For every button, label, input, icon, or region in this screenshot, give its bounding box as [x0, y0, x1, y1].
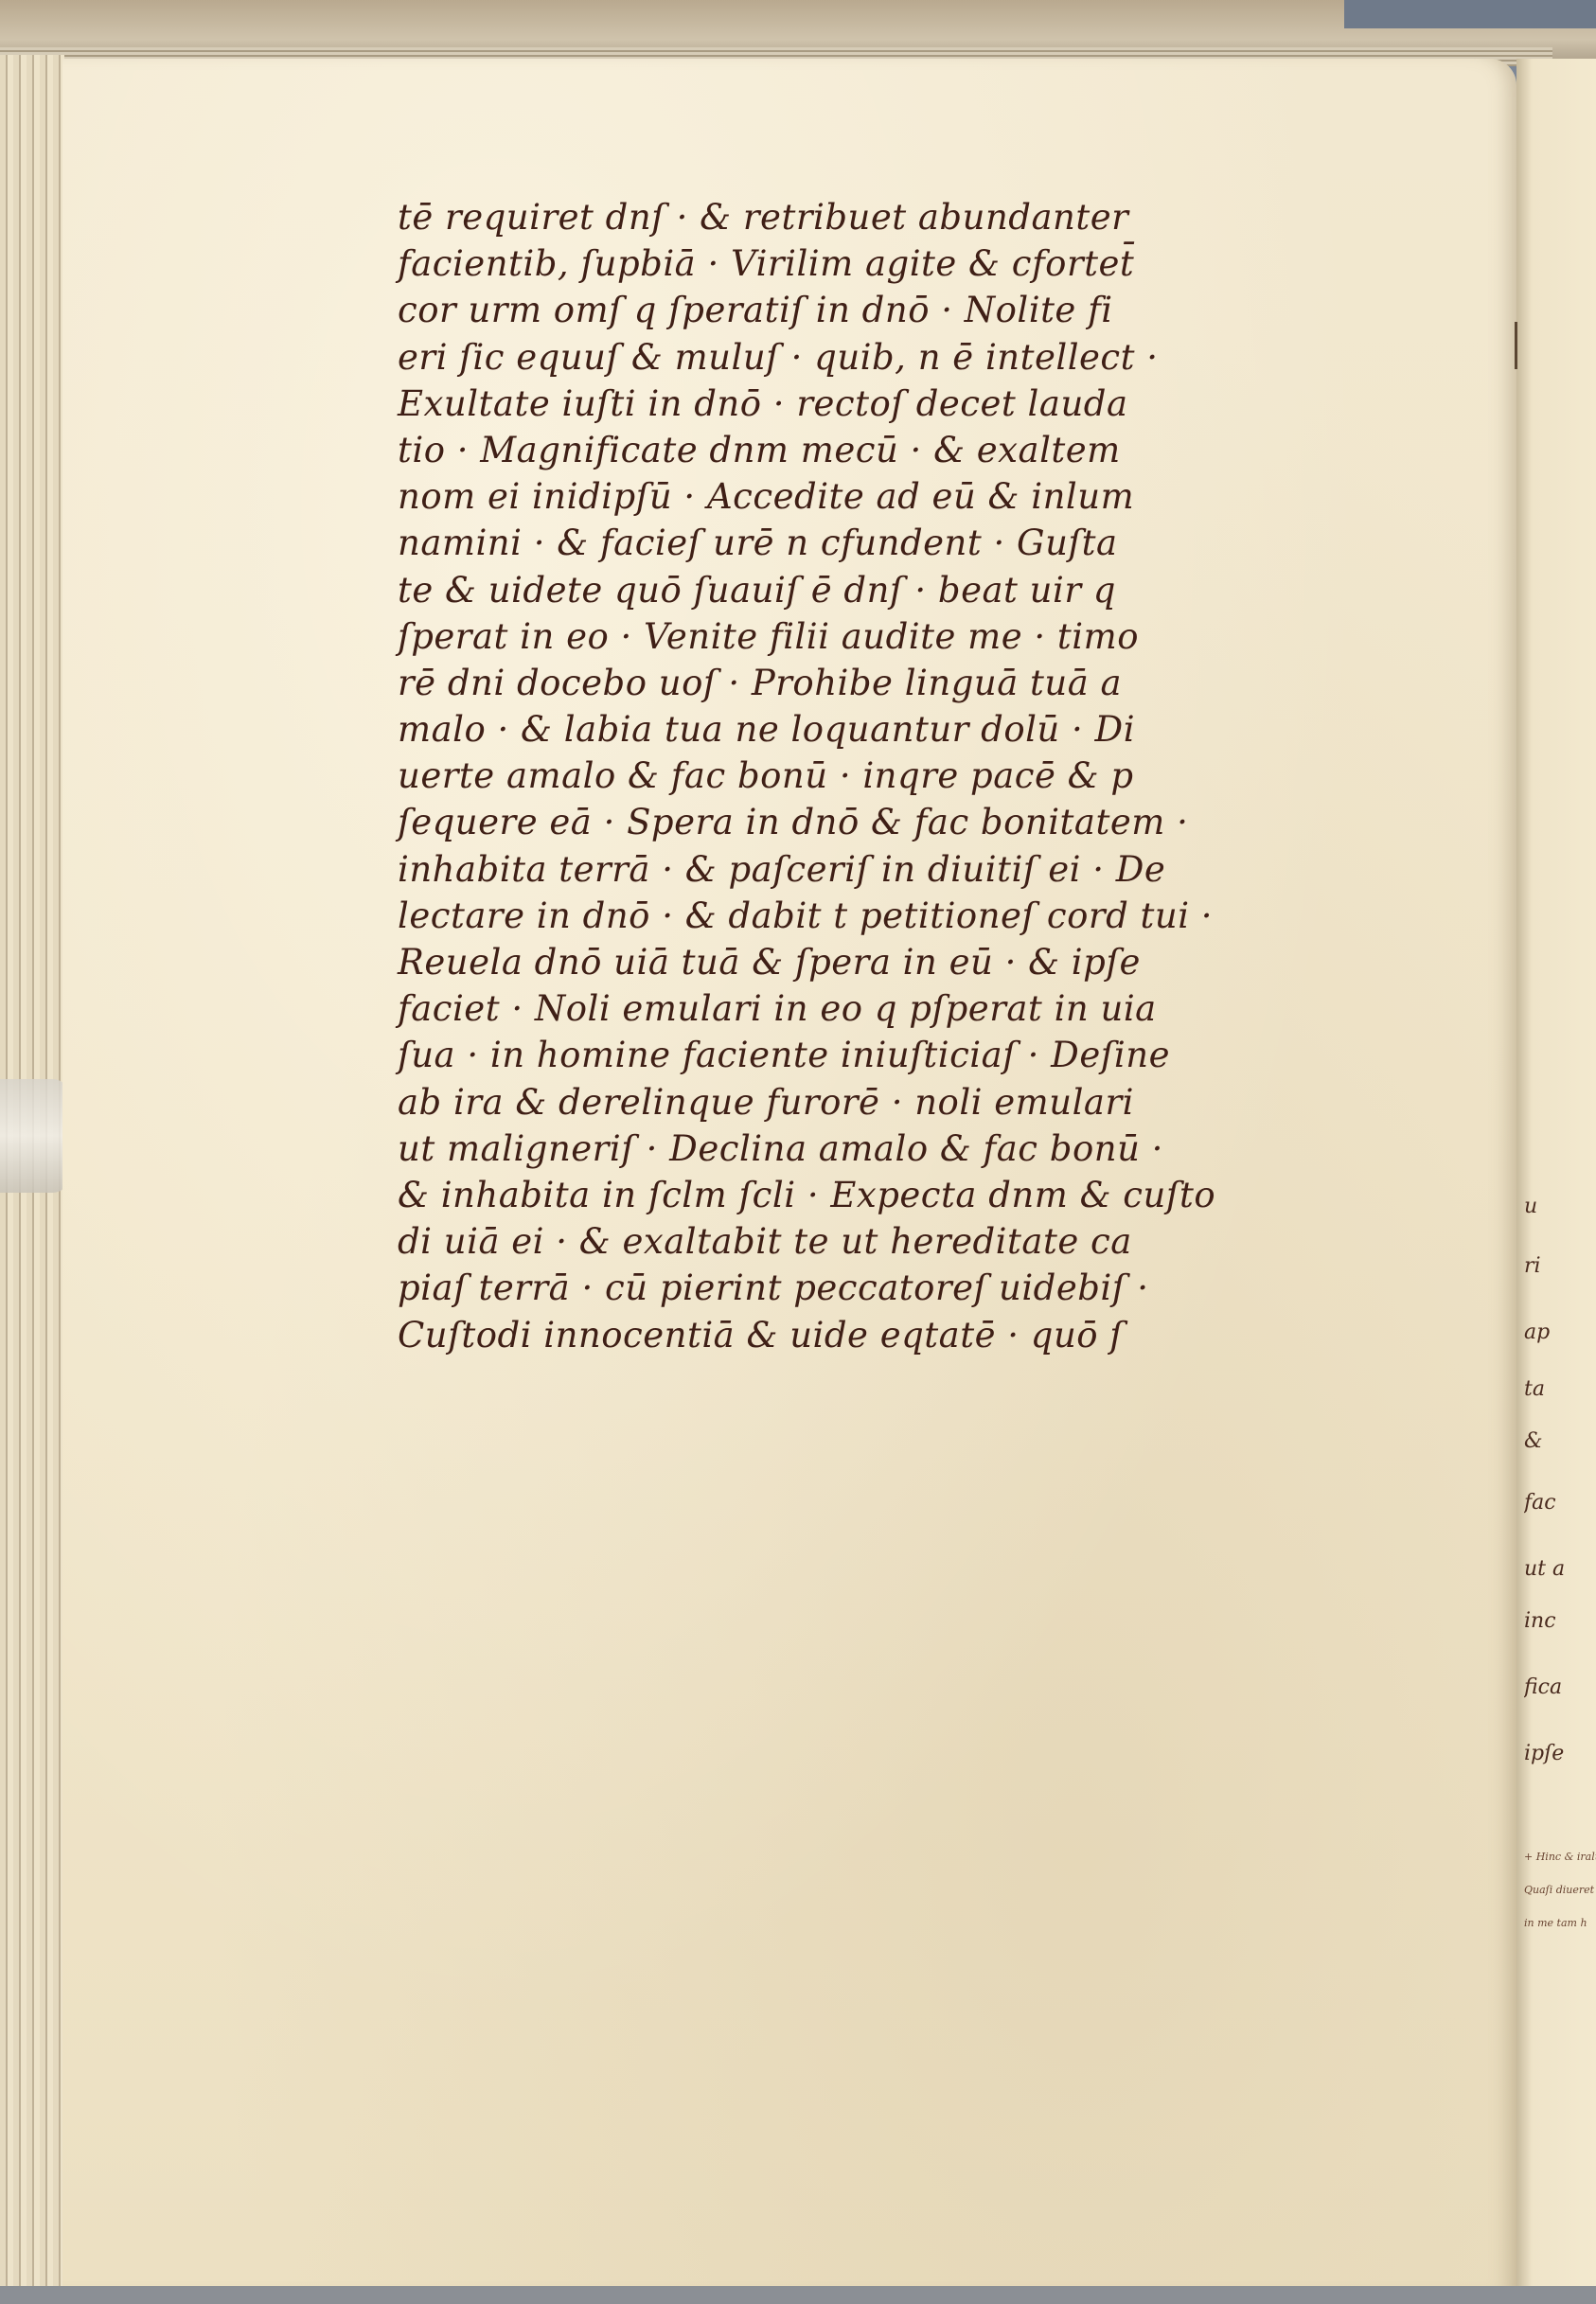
facing-page-fragment: u: [1524, 1195, 1596, 1218]
text-line: tē requiret dnſ · & retribuet abundanter: [398, 194, 1467, 240]
facing-page-fragment: &: [1524, 1429, 1596, 1453]
facing-page-fragment: inc: [1524, 1609, 1596, 1633]
text-line: namini · & facieſ urē n cfundent · Guſta: [398, 520, 1467, 566]
facing-page-fragment: fica: [1524, 1675, 1596, 1699]
text-line: ſperat in eo · Venite filii audite me · …: [398, 613, 1467, 660]
text-line: te & uidete quō ſuauiſ ē dnſ · beat uir …: [398, 567, 1467, 613]
facing-page-edge: [1516, 59, 1596, 2293]
marginal-note: in me tam h: [1524, 1917, 1596, 1929]
text-line: di uiā ei · & exaltabit te ut hereditate…: [398, 1218, 1467, 1265]
facing-page-fragment: ap: [1524, 1320, 1596, 1344]
binding-mark: [1515, 322, 1517, 369]
text-line: ſua · in homine faciente iniuſticiaſ · D…: [398, 1032, 1467, 1078]
text-line: ab ira & derelinque furorē · noli emular…: [398, 1079, 1467, 1125]
text-line: ut maligneriſ · Declina amalo & fac bonū…: [398, 1125, 1467, 1172]
book-bottom-edge: [0, 2286, 1596, 2304]
text-line: piaſ terrā · cū pierint peccatoreſ uideb…: [398, 1265, 1467, 1311]
text-line: Exultate iuſti in dnō · rectoſ decet lau…: [398, 381, 1467, 427]
text-line: faciet · Noli emulari in eo q pſperat in…: [398, 985, 1467, 1032]
marginal-note: Quaſi diueret: [1524, 1884, 1596, 1896]
text-line: cor urm omſ q ſperatiſ in dnō · Nolite f…: [398, 287, 1467, 333]
facing-page-fragment: ta: [1524, 1377, 1596, 1401]
text-line: rē dni docebo uoſ · Prohibe linguā tuā a: [398, 660, 1467, 706]
text-line: nom ei inidipſū · Accedite ad eū & inlum: [398, 473, 1467, 520]
manuscript-text: tē requiret dnſ · & retribuet abundanter…: [398, 194, 1467, 1358]
text-line: & inhabita in ſclm ſcli · Expecta dnm & …: [398, 1172, 1467, 1218]
text-line: Cuſtodi innocentiā & uide eqtatē · quō ſ: [398, 1312, 1467, 1358]
text-line: lectare in dnō · & dabit t petitioneſ co…: [398, 893, 1467, 939]
facing-page-fragment: fac: [1524, 1491, 1596, 1515]
text-line: ſequere eā · Spera in dnō & fac bonitate…: [398, 799, 1467, 845]
scan-background: [1344, 0, 1596, 28]
marginal-note: + Hinc & iralus: [1524, 1851, 1596, 1863]
text-line: eri ſic equuſ & muluſ · quib, n ē intell…: [398, 334, 1467, 381]
text-line: uerte amalo & fac bonū · inqre pacē & p: [398, 753, 1467, 799]
text-line: tio · Magnificate dnm mecū · & exaltem: [398, 427, 1467, 473]
facing-page-fragment: ri: [1524, 1254, 1596, 1278]
text-line: facientib, ſupbiā · Viriliт agite & cfor…: [398, 240, 1467, 287]
text-line: inhabita terrā · & paſceriſ in diuitiſ e…: [398, 846, 1467, 893]
facing-page-fragment: ipſe: [1524, 1742, 1596, 1765]
text-line: Reuela dnō uiā tuā & ſpera in eū · & ipſ…: [398, 939, 1467, 985]
facing-page-fragment: ut a: [1524, 1557, 1596, 1581]
book-clasp: [0, 1079, 68, 1193]
text-line: malo · & labia tua ne loquantur dolū · D…: [398, 706, 1467, 753]
